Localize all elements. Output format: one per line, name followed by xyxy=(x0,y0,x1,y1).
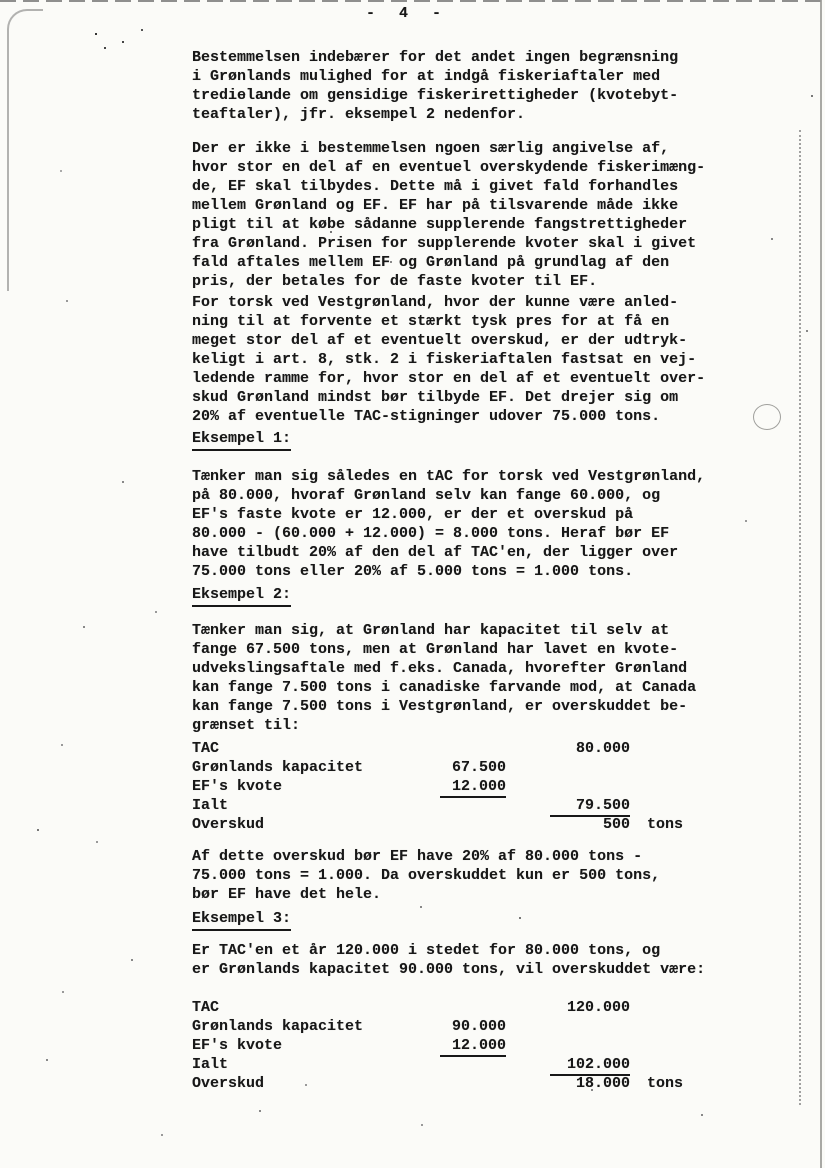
table-row: Grønlands kapacitet 67.500 xyxy=(192,758,672,777)
col1-value-underlined: 12.000 xyxy=(440,1036,506,1057)
row-label: TAC xyxy=(192,739,219,758)
scan-right-edge-line xyxy=(820,0,822,1168)
col2-value-underlined: 102.000 xyxy=(550,1055,630,1076)
col1-value: 90.000 xyxy=(440,1017,506,1036)
scan-circle-artifact xyxy=(753,404,781,430)
table-row: Ialt 102.000 xyxy=(192,1055,672,1074)
paragraph-eksempel-2: Tænker man sig, at Grønland har kapacite… xyxy=(192,621,696,735)
heading-eksempel-1: Eksempel 1: xyxy=(192,429,291,451)
table-row: Overskud 18.000 tons xyxy=(192,1074,672,1093)
paragraph-forhandling: Der er ikke i bestemmelsen ngoen særlig … xyxy=(192,139,705,291)
unit-suffix: tons xyxy=(638,1074,683,1093)
col1-value-underlined: 12.000 xyxy=(440,777,506,798)
quota-table-eksempel-2: TAC 80.000 Grønlands kapacitet 67.500 EF… xyxy=(192,739,672,834)
table-row: TAC 120.000 xyxy=(192,998,672,1017)
table-row: Overskud 500 tons xyxy=(192,815,672,834)
col2-value: 18.000 xyxy=(550,1074,630,1093)
scanned-document-page: - 4 - Bestemmelsen indebærer for det and… xyxy=(0,0,825,1168)
row-label: Grønlands kapacitet xyxy=(192,1017,363,1036)
scan-top-edge xyxy=(0,0,825,2)
paragraph-eksempel-1: Tænker man sig således en tAC for torsk … xyxy=(192,467,705,581)
table-row: EF's kvote 12.000 xyxy=(192,1036,672,1055)
row-label: Ialt xyxy=(192,796,228,815)
row-label: EF's kvote xyxy=(192,777,282,796)
row-label: Overskud xyxy=(192,1074,264,1093)
heading-eksempel-3: Eksempel 3: xyxy=(192,909,291,931)
scan-left-corner xyxy=(7,9,43,291)
table-row: EF's kvote 12.000 xyxy=(192,777,672,796)
table-row: Grønlands kapacitet 90.000 xyxy=(192,1017,672,1036)
scan-speckles xyxy=(0,0,2,2)
table-row: TAC 80.000 xyxy=(192,739,672,758)
col1-value: 67.500 xyxy=(440,758,506,777)
col2-value: 120.000 xyxy=(550,998,630,1017)
row-label: Grønlands kapacitet xyxy=(192,758,363,777)
page-number: - 4 - xyxy=(366,4,443,23)
row-label: EF's kvote xyxy=(192,1036,282,1055)
table-row: Ialt 79.500 xyxy=(192,796,672,815)
col2-value: 80.000 xyxy=(550,739,630,758)
heading-eksempel-2: Eksempel 2: xyxy=(192,585,291,607)
paragraph-torsk-vestgroenland: For torsk ved Vestgrønland, hvor der kun… xyxy=(192,293,705,426)
col2-value: 500 xyxy=(550,815,630,834)
paragraph-bestemmelsen: Bestemmelsen indebærer for det andet ing… xyxy=(192,48,678,124)
scan-dotted-margin-line xyxy=(799,130,801,1105)
col2-value-underlined: 79.500 xyxy=(550,796,630,817)
quota-table-eksempel-3: TAC 120.000 Grønlands kapacitet 90.000 E… xyxy=(192,998,672,1093)
paragraph-eksempel-3: Er TAC'en et år 120.000 i stedet for 80.… xyxy=(192,941,705,979)
row-label: Ialt xyxy=(192,1055,228,1074)
unit-suffix: tons xyxy=(638,815,683,834)
row-label: TAC xyxy=(192,998,219,1017)
row-label: Overskud xyxy=(192,815,264,834)
paragraph-overskud-konklusion: Af dette overskud bør EF have 20% af 80.… xyxy=(192,847,660,904)
